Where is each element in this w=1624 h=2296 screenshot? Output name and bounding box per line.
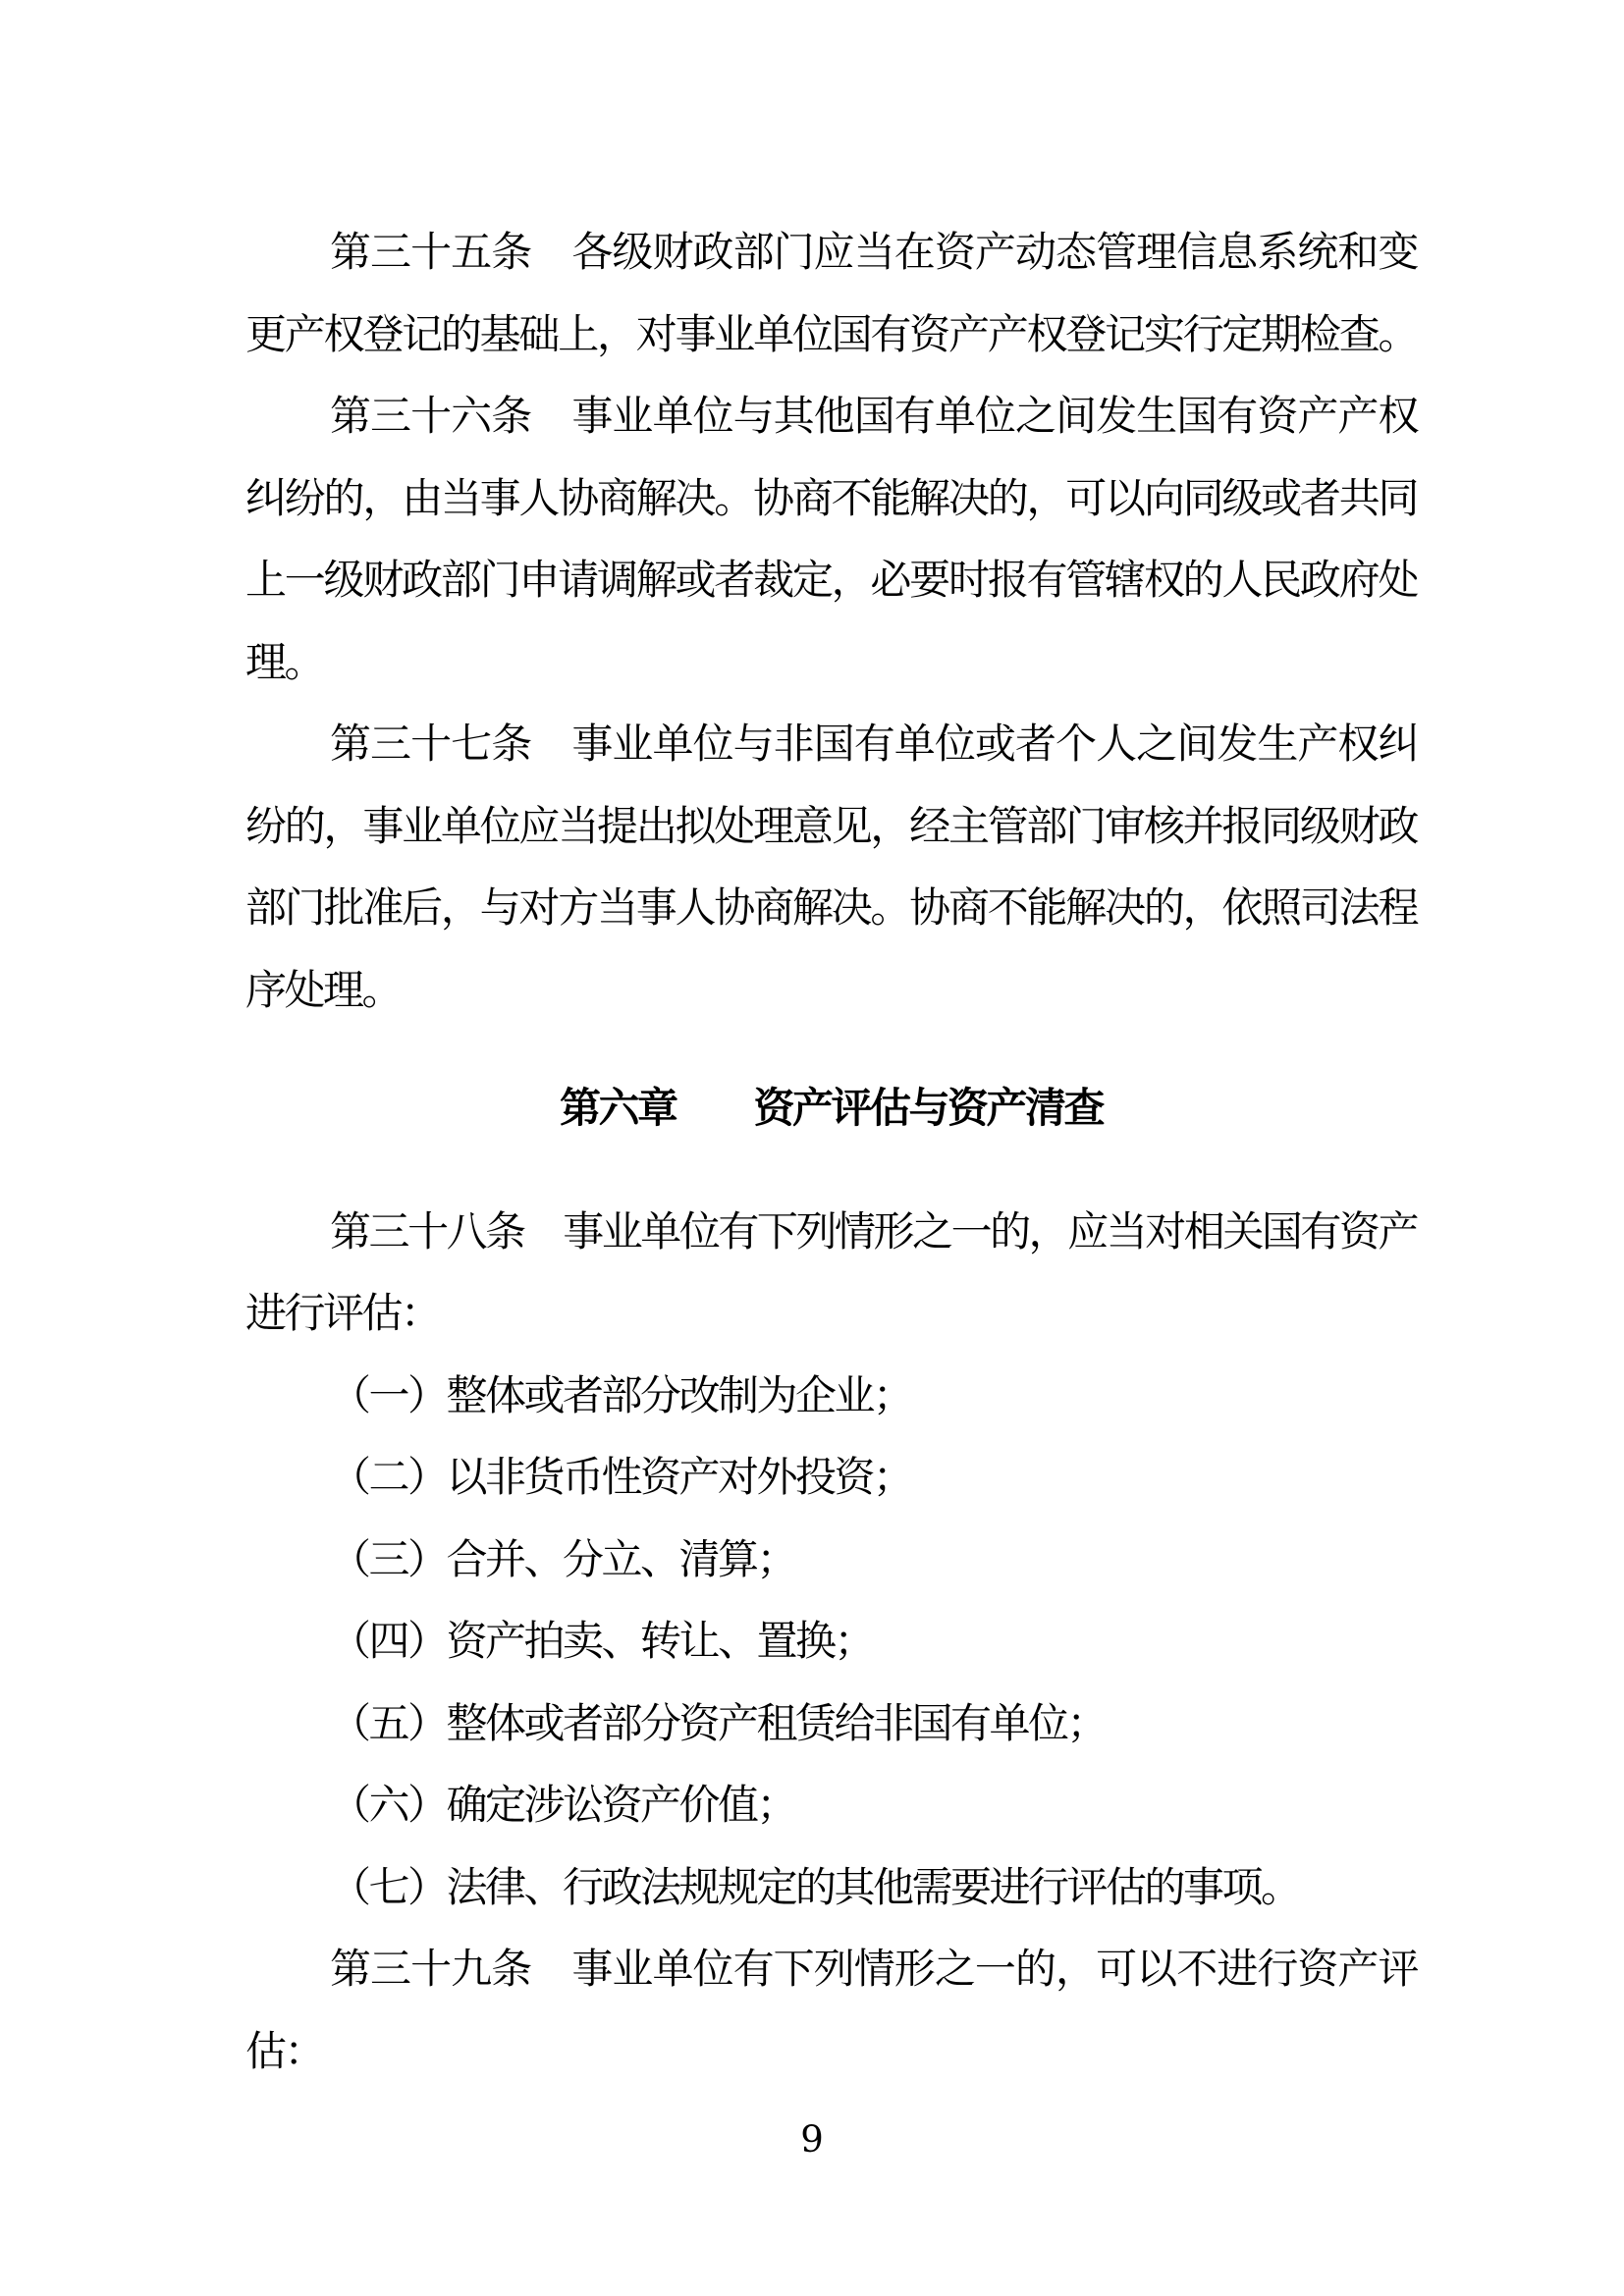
list-item: （一）整体或者部分改制为企业； (245, 1355, 1417, 1437)
text-line: 第三十九条 事业单位有下列情形之一的，可以不进行资产评 (245, 1928, 1417, 2010)
text-line: 第三十七条 事业单位与非国有单位或者个人之间发生产权纠 (245, 703, 1417, 785)
list-item: （六）确定涉讼资产价值； (245, 1764, 1417, 1846)
text-line: 第三十六条 事业单位与其他国有单位之间发生国有资产产权 (245, 375, 1417, 457)
list-item: （二）以非货币性资产对外投资； (245, 1436, 1417, 1519)
list-item: （四）资产拍卖、转让、置换； (245, 1600, 1417, 1682)
text-line: 纠纷的，由当事人协商解决。协商不能解决的，可以向同级或者共同 (245, 457, 1417, 540)
text-line: 理。 (245, 621, 1417, 704)
list-item: （七）法律、行政法规规定的其他需要进行评估的事项。 (245, 1846, 1417, 1929)
list-item: （三）合并、分立、清算； (245, 1519, 1417, 1601)
document-body: 第三十五条 各级财政部门应当在资产动态管理信息系统和变 更产权登记的基础上，对事… (245, 211, 1417, 2092)
text-line: 估： (245, 2010, 1417, 2093)
text-line: 更产权登记的基础上，对事业单位国有资产产权登记实行定期检查。 (245, 294, 1417, 376)
text-line: 上一级财政部门申请调解或者裁定，必要时报有管辖权的人民政府处 (245, 539, 1417, 621)
list-item: （五）整体或者部分资产租赁给非国有单位； (245, 1682, 1417, 1765)
text-line: 第三十五条 各级财政部门应当在资产动态管理信息系统和变 (245, 211, 1417, 294)
text-line: 进行评估： (245, 1272, 1417, 1355)
text-line: 部门批准后，与对方当事人协商解决。协商不能解决的，依照司法程 (245, 867, 1417, 949)
chapter-heading: 第六章 资产评估与资产清查 (245, 1067, 1417, 1149)
text-line: 第三十八条 事业单位有下列情形之一的，应当对相关国有资产 (245, 1191, 1417, 1273)
text-line: 纷的，事业单位应当提出拟处理意见，经主管部门审核并报同级财政 (245, 785, 1417, 868)
text-line: 序处理。 (245, 949, 1417, 1032)
page-number: 9 (0, 2120, 1624, 2160)
